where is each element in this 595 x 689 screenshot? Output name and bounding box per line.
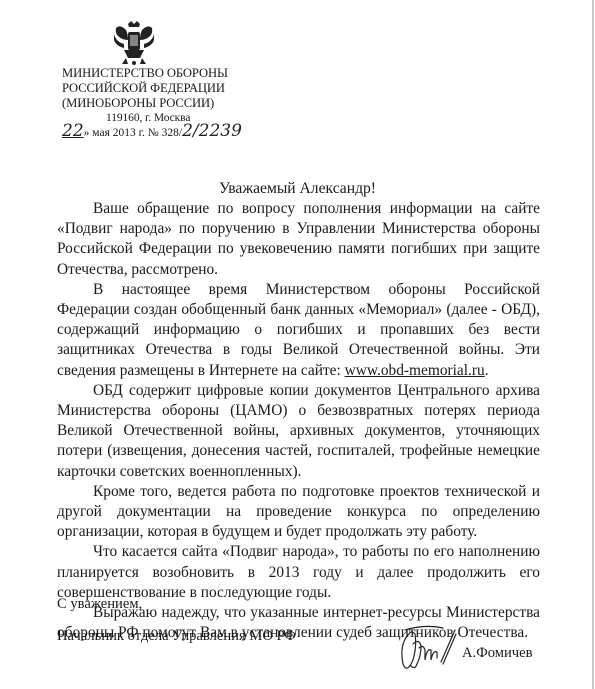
registration-date: » мая 2013 г. № 328/ [84,127,182,139]
paragraph-1: Ваше обращение по вопросу пополнения инф… [57,199,540,280]
paragraph-2-end: . [485,362,489,379]
org-name-short: (МИНОБОРОНЫ РОССИИ) [62,96,262,111]
org-name-line2: РОССИЙСКОЙ ФЕДЕРАЦИИ [62,81,262,96]
signature-icon [395,622,470,677]
letter-body: Ваше обращение по вопросу пополнения инф… [57,199,540,643]
letterhead: МИНИСТЕРСТВО ОБОРОНЫ РОССИЙСКОЙ ФЕДЕРАЦИ… [62,66,262,126]
coat-of-arms-icon [110,20,158,66]
obd-memorial-link[interactable]: www.obd-memorial.ru [345,362,485,379]
paragraph-3: ОБД содержит цифровые копии документов Ц… [57,381,540,482]
handwritten-day: 22 [62,121,84,141]
salutation: Уважаемый Александр! [0,180,595,198]
paragraph-4: Кроме того, ведется работа по подготовке… [57,482,540,543]
handwritten-number: 2/2239 [182,121,242,141]
signer-position: Начальник отдела Управления МО РФ [57,628,296,645]
closing-phrase: С уважением, [57,596,142,613]
registration-line: 22» мая 2013 г. № 328/2/2239 [62,121,242,141]
paragraph-5: Что касается сайта «Подвиг народа», то р… [57,542,540,603]
signer-name: А.Фомичев [462,645,533,662]
org-name-line1: МИНИСТЕРСТВО ОБОРОНЫ [62,66,262,81]
paragraph-2: В настоящее время Министерством обороны … [57,280,540,381]
page-edge-border [592,0,594,689]
